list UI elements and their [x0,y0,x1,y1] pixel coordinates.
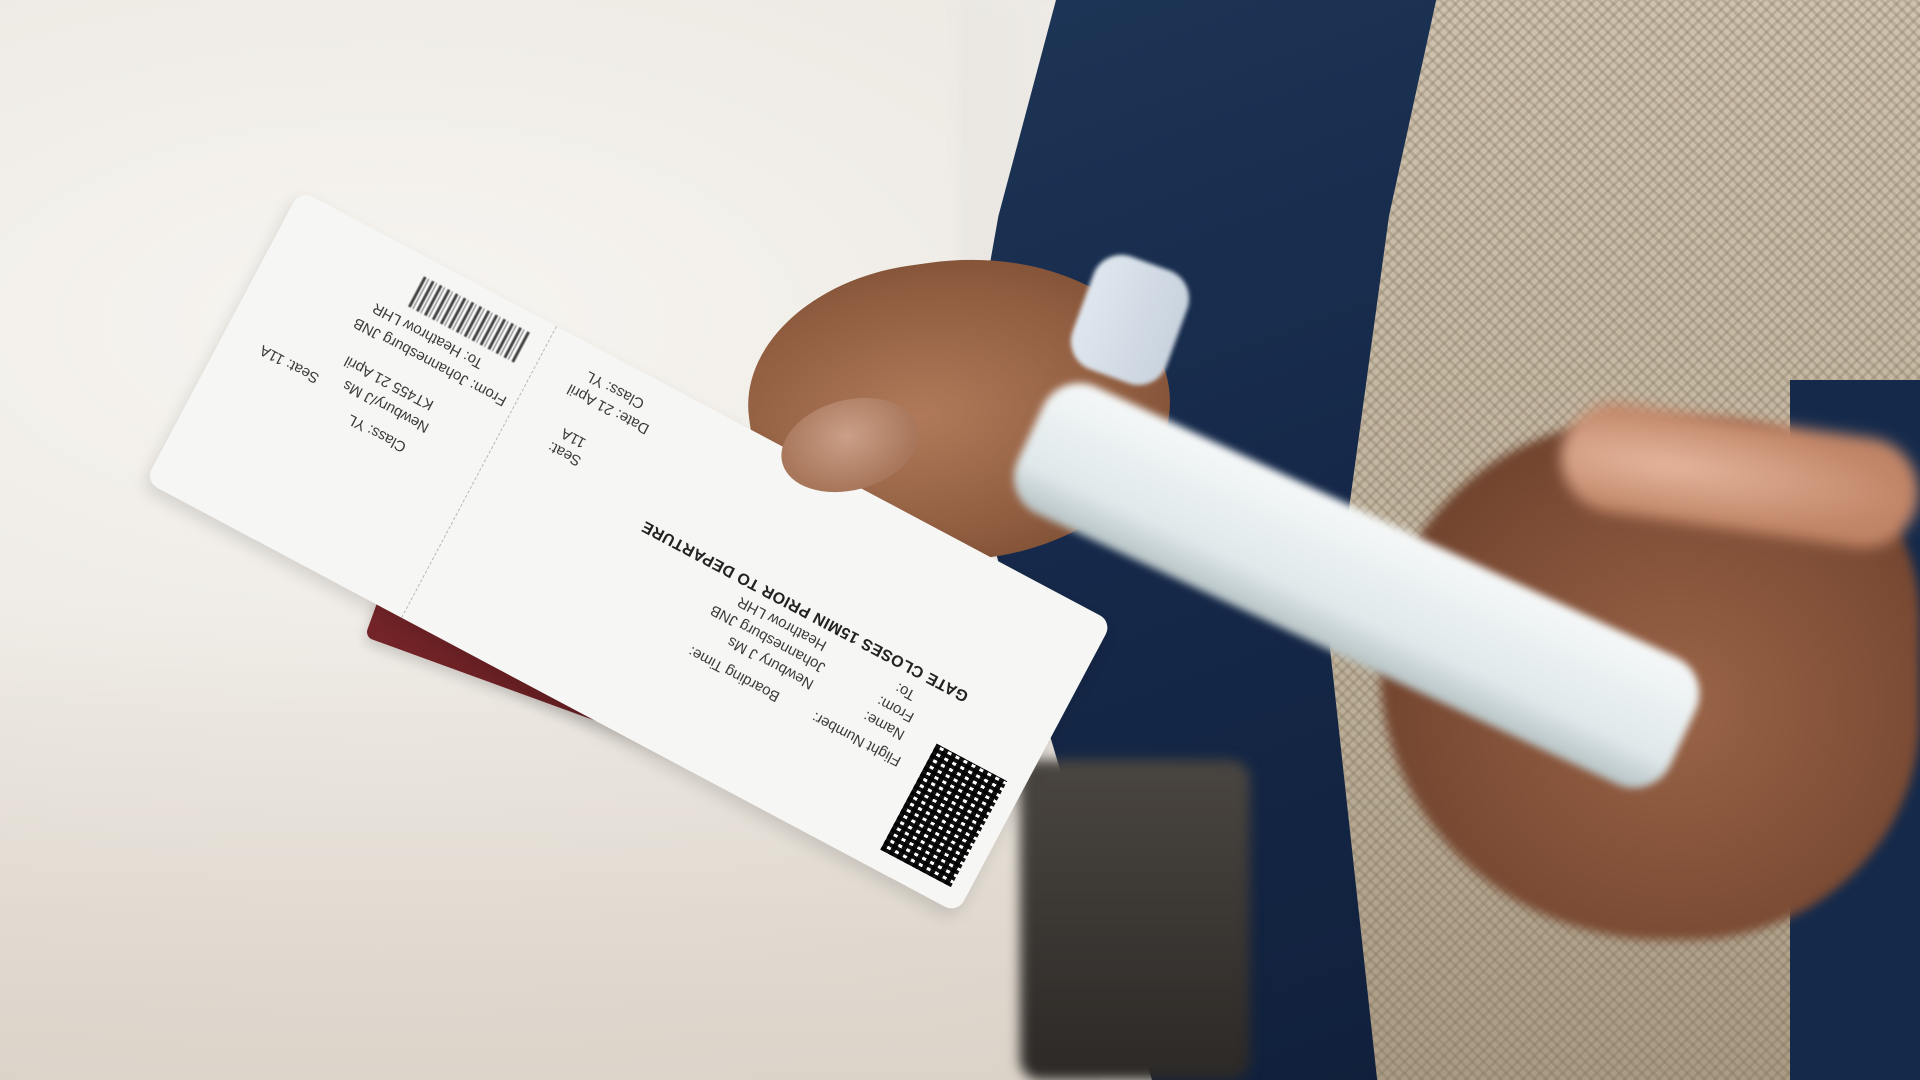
main-flight-label: Flight Number: [809,708,904,769]
stub-seat: Seat: 11A [257,341,322,386]
blurred-bag [1020,760,1250,1080]
photo-scene: PASSPORT To: Heathrow LHR From: Johannes… [0,0,1920,1080]
